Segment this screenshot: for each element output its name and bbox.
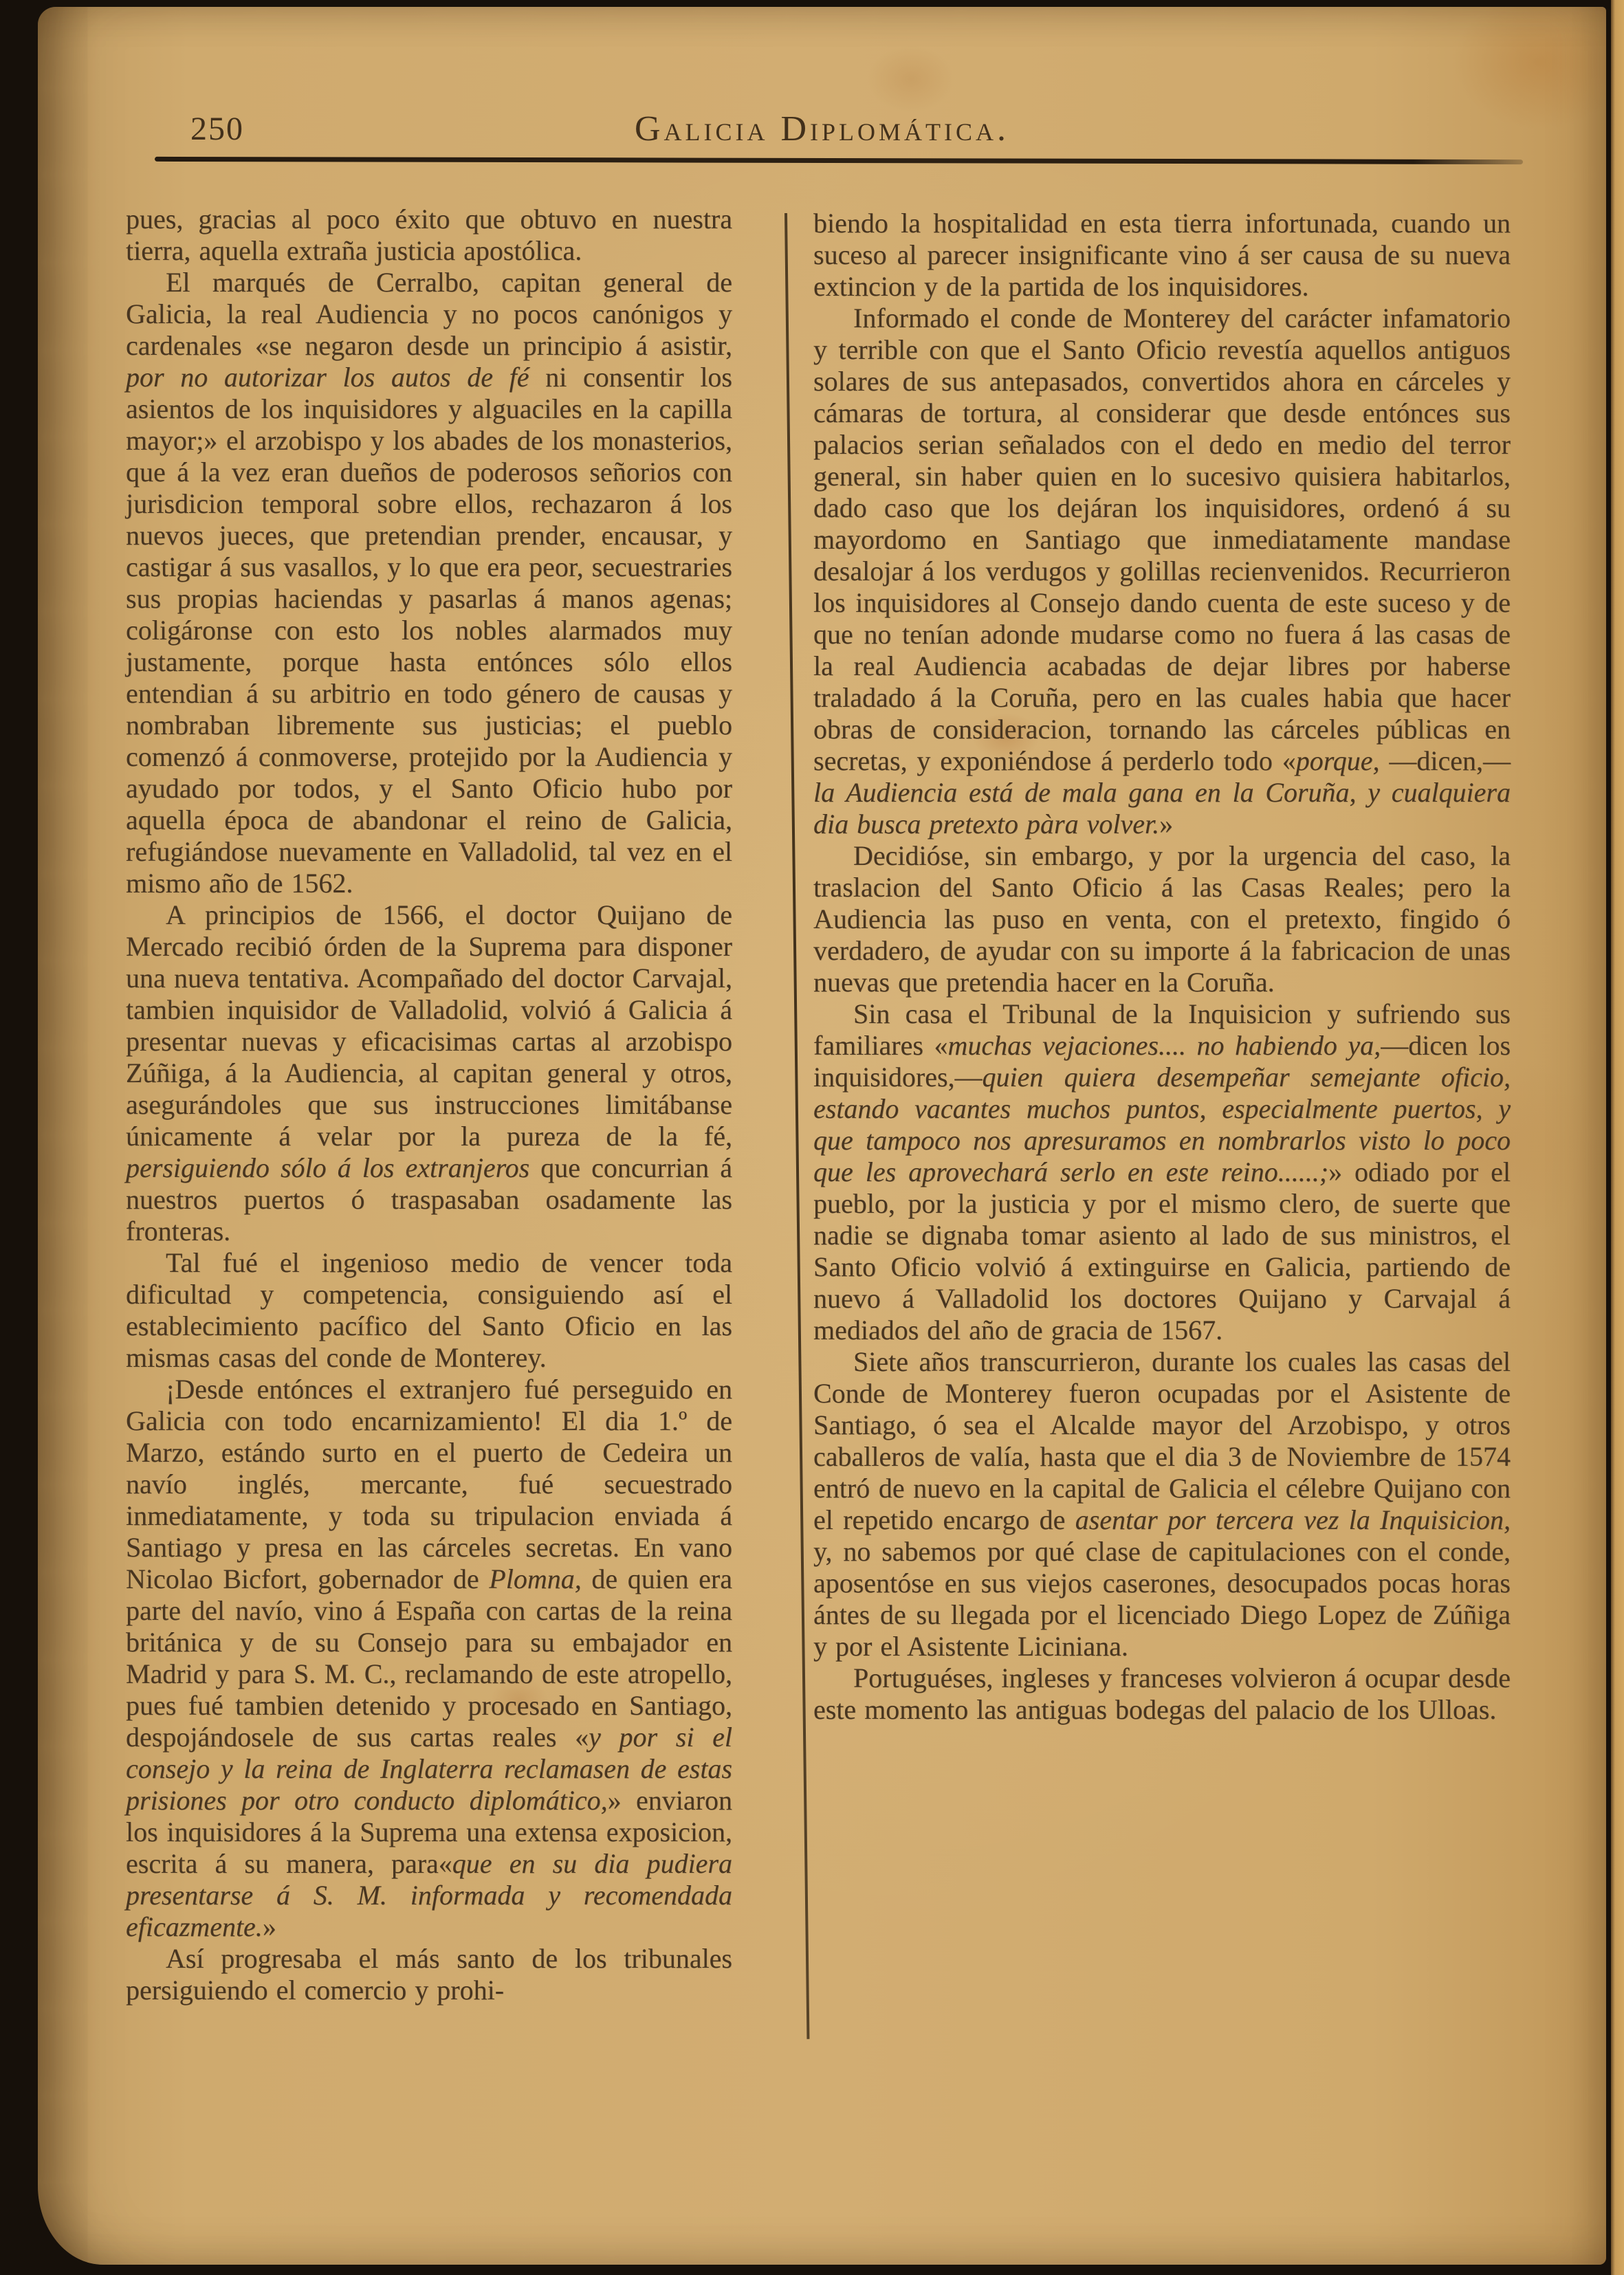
text-run: Portuguéses, ingleses y franceses volvie… bbox=[813, 1662, 1511, 1725]
text-run: » bbox=[1159, 809, 1173, 839]
paragraph: A principios de 1566, el doctor Quijano … bbox=[126, 899, 732, 1247]
paragraph: pues, gracias al poco éxito que obtuvo e… bbox=[126, 204, 732, 267]
text-run: ni consentir los asientos de los inquisi… bbox=[126, 362, 732, 899]
italic-text-run: Plomna, bbox=[489, 1563, 581, 1594]
text-run: —dicen,— bbox=[1380, 745, 1511, 776]
paragraph: ¡Desde entónces el extranjero fué perseg… bbox=[126, 1374, 732, 1943]
italic-text-run: muchas vejaciones.... no habiendo ya, bbox=[947, 1030, 1381, 1061]
italic-text-run: persiguiendo sólo á los extranjeros bbox=[126, 1152, 529, 1183]
text-run: ¡Desde entónces el extranjero fué perseg… bbox=[126, 1374, 732, 1594]
paragraph: Portuguéses, ingleses y franceses volvie… bbox=[813, 1662, 1511, 1726]
next-page-edge bbox=[1611, 0, 1624, 2275]
italic-text-run: porque, bbox=[1296, 745, 1380, 776]
text-run: A principios de 1566, el doctor Quijano … bbox=[126, 899, 732, 1152]
paragraph: biendo la hospitalidad en esta tierra in… bbox=[813, 208, 1511, 303]
column-divider bbox=[784, 213, 809, 2039]
paragraph: Decidióse, sin embargo, y por la urgenci… bbox=[813, 840, 1511, 998]
text-run: Tal fué el ingenioso medio de vencer tod… bbox=[126, 1247, 732, 1373]
text-run: Así progresaba el más santo de los tribu… bbox=[126, 1943, 732, 2005]
text-run: y, no sabemos por qué clase de capitulac… bbox=[813, 1536, 1511, 1662]
paragraph: El marqués de Cerralbo, capitan general … bbox=[126, 267, 732, 899]
journal-title: Galicia Diplomática. bbox=[38, 109, 1606, 149]
paragraph: Siete años transcurrieron, durante los c… bbox=[813, 1346, 1511, 1662]
header-rule bbox=[155, 157, 1523, 164]
scanned-page: 250 Galicia Diplomática. pues, gracias a… bbox=[0, 0, 1624, 2275]
right-column: biendo la hospitalidad en esta tierra in… bbox=[813, 208, 1511, 1726]
text-run: pues, gracias al poco éxito que obtuvo e… bbox=[126, 204, 732, 266]
left-column: pues, gracias al poco éxito que obtuvo e… bbox=[126, 204, 732, 2006]
text-run: El marqués de Cerralbo, capitan general … bbox=[126, 267, 732, 361]
paragraph: Informado el conde de Monterey del carác… bbox=[813, 303, 1511, 840]
paragraph: Sin casa el Tribunal de la Inquisicion y… bbox=[813, 998, 1511, 1346]
text-run: Decidióse, sin embargo, y por la urgenci… bbox=[813, 840, 1511, 998]
text-run: Informado el conde de Monterey del carác… bbox=[813, 303, 1511, 776]
paragraph: Así progresaba el más santo de los tribu… bbox=[126, 1943, 732, 2006]
text-run: biendo la hospitalidad en esta tierra in… bbox=[813, 208, 1511, 302]
italic-text-run: asentar por tercera vez la Inquisicion, bbox=[1075, 1504, 1511, 1535]
paragraph: Tal fué el ingenioso medio de vencer tod… bbox=[126, 1247, 732, 1374]
italic-text-run: por no autorizar los autos de fé bbox=[126, 362, 529, 393]
book-page: 250 Galicia Diplomática. pues, gracias a… bbox=[38, 7, 1606, 2265]
text-run: » bbox=[263, 1911, 276, 1942]
